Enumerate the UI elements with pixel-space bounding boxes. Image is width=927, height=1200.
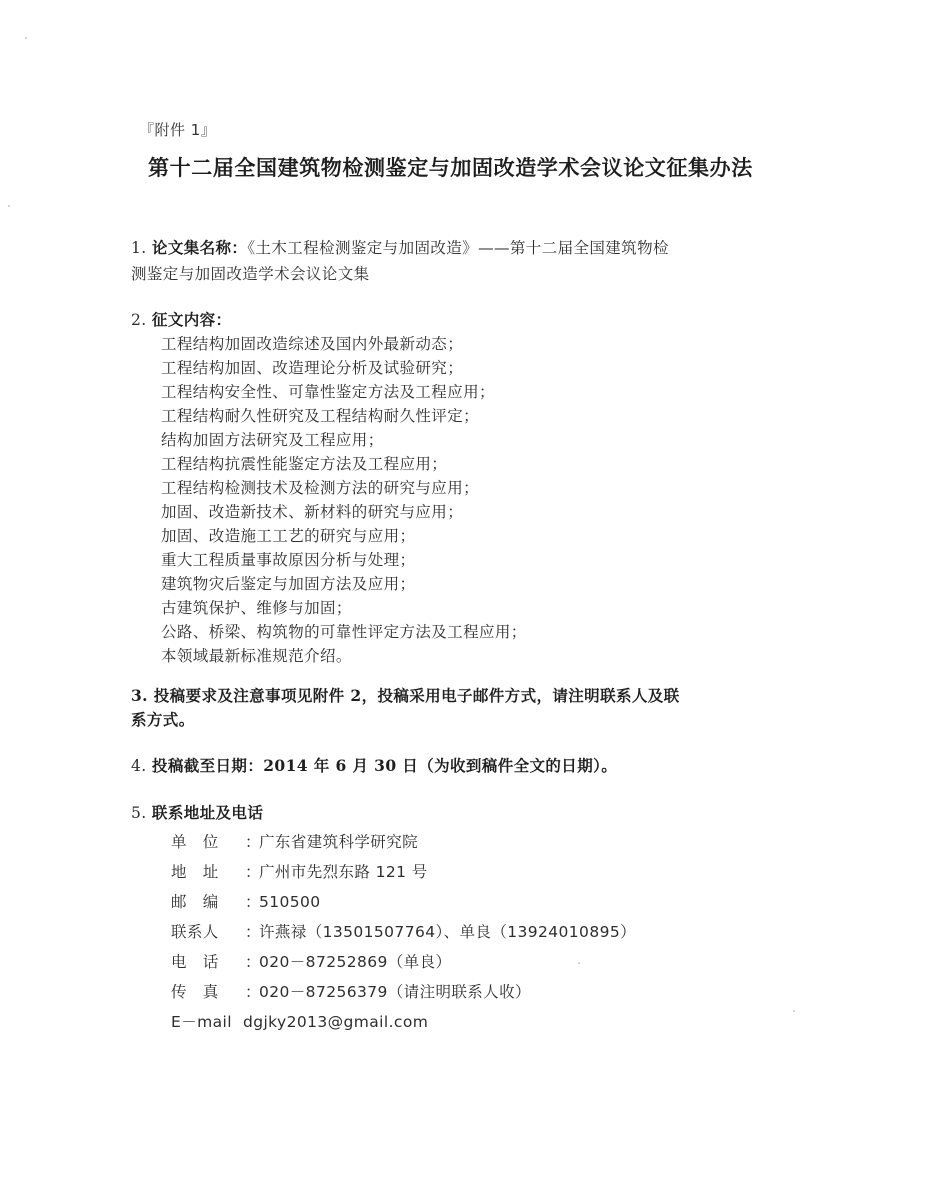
section-1-line-1: 1. 论文集名称：《土木工程检测鉴定与加固改造》——第十二届全国建筑物检 <box>131 238 669 258</box>
contact-row-email: E－maildgjky2013@gmail.com <box>171 1012 428 1032</box>
contact-label: 邮 编 <box>171 892 245 912</box>
section-3-line-1: 3. 投稿要求及注意事项见附件 2，投稿采用电子邮件方式，请注明联系人及联 <box>131 686 680 706</box>
topic-item: 工程结构检测技术及检测方法的研究与应用； <box>161 478 479 498</box>
attachment-label: 『附件 1』 <box>139 119 216 140</box>
topic-item: 工程结构加固改造综述及国内外最新动态； <box>161 334 463 354</box>
document-page: 『附件 1』 第十二届全国建筑物检测鉴定与加固改造学术会议论文征集办法 1. 论… <box>0 0 927 1200</box>
contact-separator: ： <box>245 982 259 1002</box>
scan-speck <box>793 1010 795 1012</box>
contact-separator: ： <box>245 892 259 912</box>
contact-label: 电 话 <box>171 952 245 972</box>
section-3-text: 投稿要求及注意事项见附件 2，投稿采用电子邮件方式，请注明联系人及联 <box>154 686 680 705</box>
section-4-line: 4. 投稿截至日期：2014 年 6 月 30 日（为收到稿件全文的日期）。 <box>131 756 617 776</box>
scan-speck <box>578 962 580 964</box>
topic-item: 建筑物灾后鉴定与加固方法及应用； <box>161 574 415 594</box>
section-1-number: 1. <box>131 239 147 257</box>
section-4-heading: 投稿截至日期： <box>152 756 263 775</box>
contact-value: 广东省建筑科学研究院 <box>259 833 418 851</box>
section-2-heading: 征文内容： <box>152 310 232 329</box>
section-4-number: 4. <box>131 757 147 775</box>
contact-label: E－mail <box>171 1012 243 1032</box>
contact-row-fax: 传 真：020－87256379（请注明联系人收） <box>171 982 531 1002</box>
contact-email[interactable]: dgjky2013@gmail.com <box>243 1013 428 1031</box>
contact-label: 单 位 <box>171 832 245 852</box>
contact-value: 许燕禄（13501507764）、单良（13924010895） <box>259 923 636 941</box>
scan-speck <box>25 37 27 39</box>
contact-value: 020－87252869（单良） <box>259 953 451 971</box>
section-1-text: 《土木工程检测鉴定与加固改造》——第十二届全国建筑物检 <box>247 239 669 257</box>
contact-row-phone: 电 话：020－87252869（单良） <box>171 952 451 972</box>
contact-label: 传 真 <box>171 982 245 1002</box>
scan-speck <box>8 205 10 207</box>
topic-item: 重大工程质量事故原因分析与处理； <box>161 550 415 570</box>
contact-label: 地 址 <box>171 862 245 882</box>
topic-item: 本领域最新标准规范介绍。 <box>161 646 352 666</box>
topic-item: 加固、改造新技术、新材料的研究与应用； <box>161 502 463 522</box>
section-2-header: 2. 征文内容： <box>131 310 231 330</box>
contact-value: 广州市先烈东路 121 号 <box>259 863 428 881</box>
topic-item: 工程结构抗震性能鉴定方法及工程应用； <box>161 454 447 474</box>
topic-item: 加固、改造施工工艺的研究与应用； <box>161 526 415 546</box>
contact-label: 联系人 <box>171 922 245 942</box>
section-5-heading: 联系地址及电话 <box>152 803 263 822</box>
section-3-number: 3. <box>131 686 148 705</box>
contact-separator: ： <box>245 862 259 882</box>
section-3-line-2: 系方式。 <box>131 710 195 730</box>
contact-row-person: 联系人：许燕禄（13501507764）、单良（13924010895） <box>171 922 636 942</box>
topic-item: 公路、桥梁、构筑物的可靠性评定方法及工程应用； <box>161 622 527 642</box>
topic-item: 工程结构安全性、可靠性鉴定方法及工程应用； <box>161 382 495 402</box>
topic-item: 古建筑保护、维修与加固； <box>161 598 352 618</box>
contact-separator: ： <box>245 832 259 852</box>
contact-row-postcode: 邮 编：510500 <box>171 892 321 912</box>
contact-separator: ： <box>245 922 259 942</box>
contact-value: 510500 <box>259 893 321 911</box>
contact-row-address: 地 址：广州市先烈东路 121 号 <box>171 862 428 882</box>
contact-row-unit: 单 位：广东省建筑科学研究院 <box>171 832 418 852</box>
section-5-number: 5. <box>131 804 147 822</box>
section-4-deadline: 2014 年 6 月 30 日（为收到稿件全文的日期）。 <box>263 756 617 775</box>
section-1-heading: 论文集名称： <box>152 238 247 257</box>
contact-separator: ： <box>245 952 259 972</box>
topic-item: 工程结构耐久性研究及工程结构耐久性评定； <box>161 406 479 426</box>
section-1-line-2: 测鉴定与加固改造学术会议论文集 <box>131 264 370 284</box>
contact-value: 020－87256379（请注明联系人收） <box>259 983 531 1001</box>
section-5-header: 5. 联系地址及电话 <box>131 803 263 823</box>
document-title: 第十二届全国建筑物检测鉴定与加固改造学术会议论文征集办法 <box>148 152 753 182</box>
topic-item: 工程结构加固、改造理论分析及试验研究； <box>161 358 463 378</box>
topic-item: 结构加固方法研究及工程应用； <box>161 430 384 450</box>
section-2-number: 2. <box>131 311 147 329</box>
